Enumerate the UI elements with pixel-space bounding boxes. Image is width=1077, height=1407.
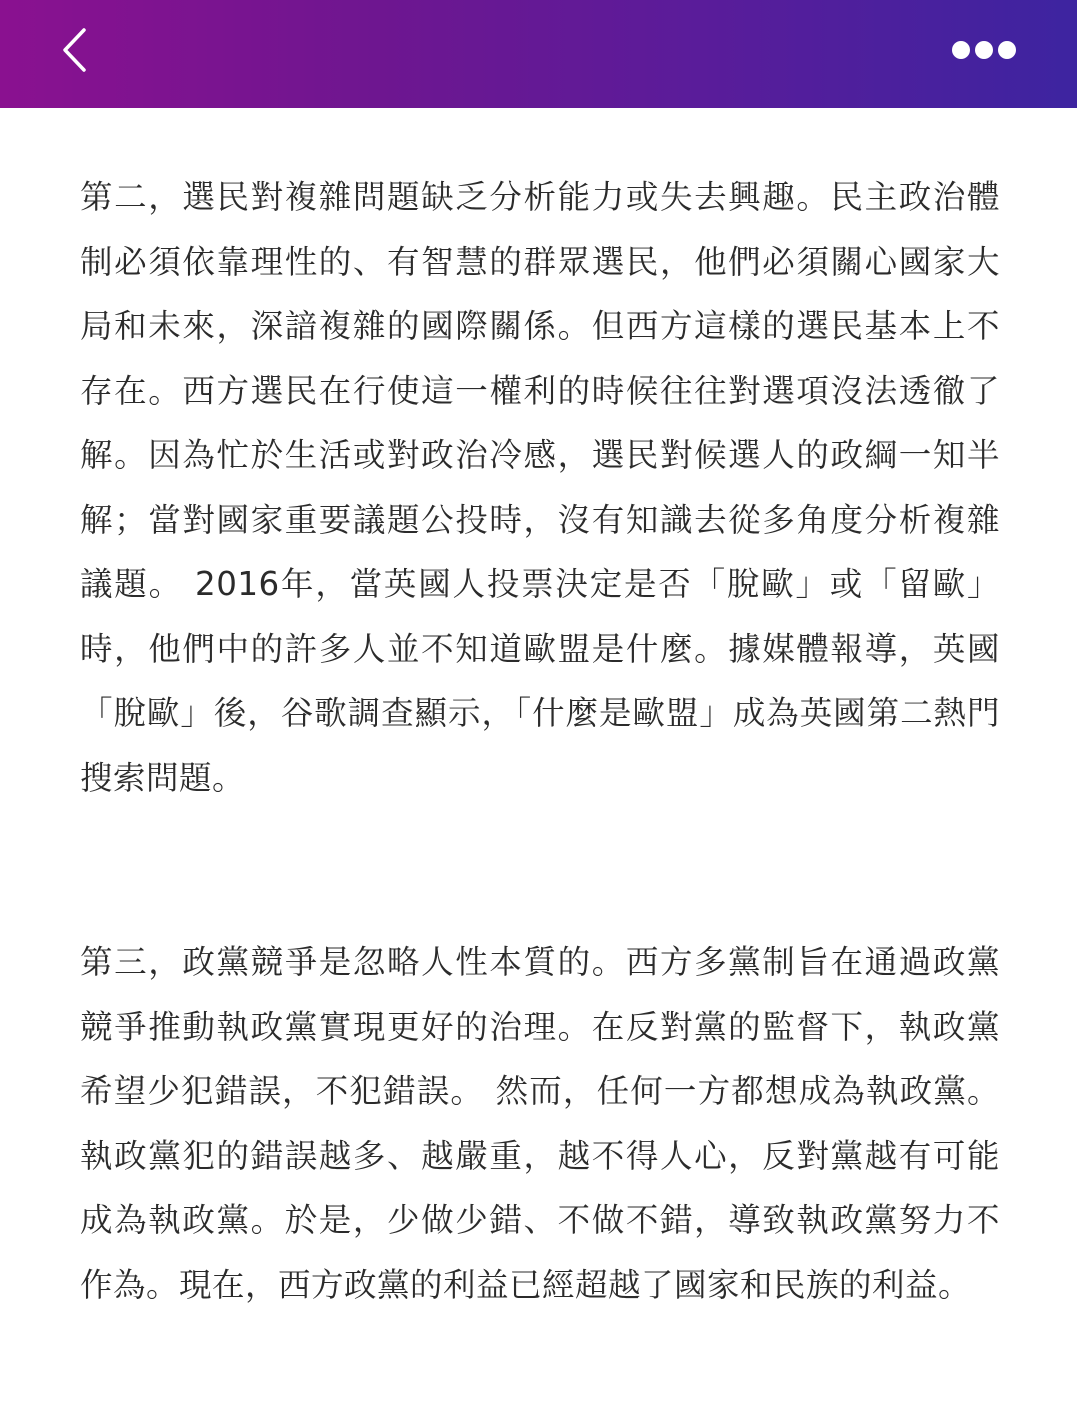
- more-dots-icon: [952, 41, 970, 59]
- more-dots-icon: [975, 41, 993, 59]
- back-button[interactable]: [50, 20, 110, 80]
- top-app-bar: [0, 0, 1077, 108]
- more-options-button[interactable]: [944, 28, 1024, 72]
- article-paragraph-3: 第三，政黨競爭是忽略人性本質的。西方多黨制旨在通過政黨競爭推動執政黨實現更好的治…: [80, 930, 1000, 1317]
- chevron-left-icon: [50, 20, 110, 80]
- article-paragraph-2: 第二，選民對複雜問題缺乏分析能力或失去興趣。民主政治體制必須依靠理性的、有智慧的…: [80, 165, 1000, 810]
- article-body: 第二，選民對複雜問題缺乏分析能力或失去興趣。民主政治體制必須依靠理性的、有智慧的…: [80, 165, 1000, 1317]
- more-dots-icon: [998, 41, 1016, 59]
